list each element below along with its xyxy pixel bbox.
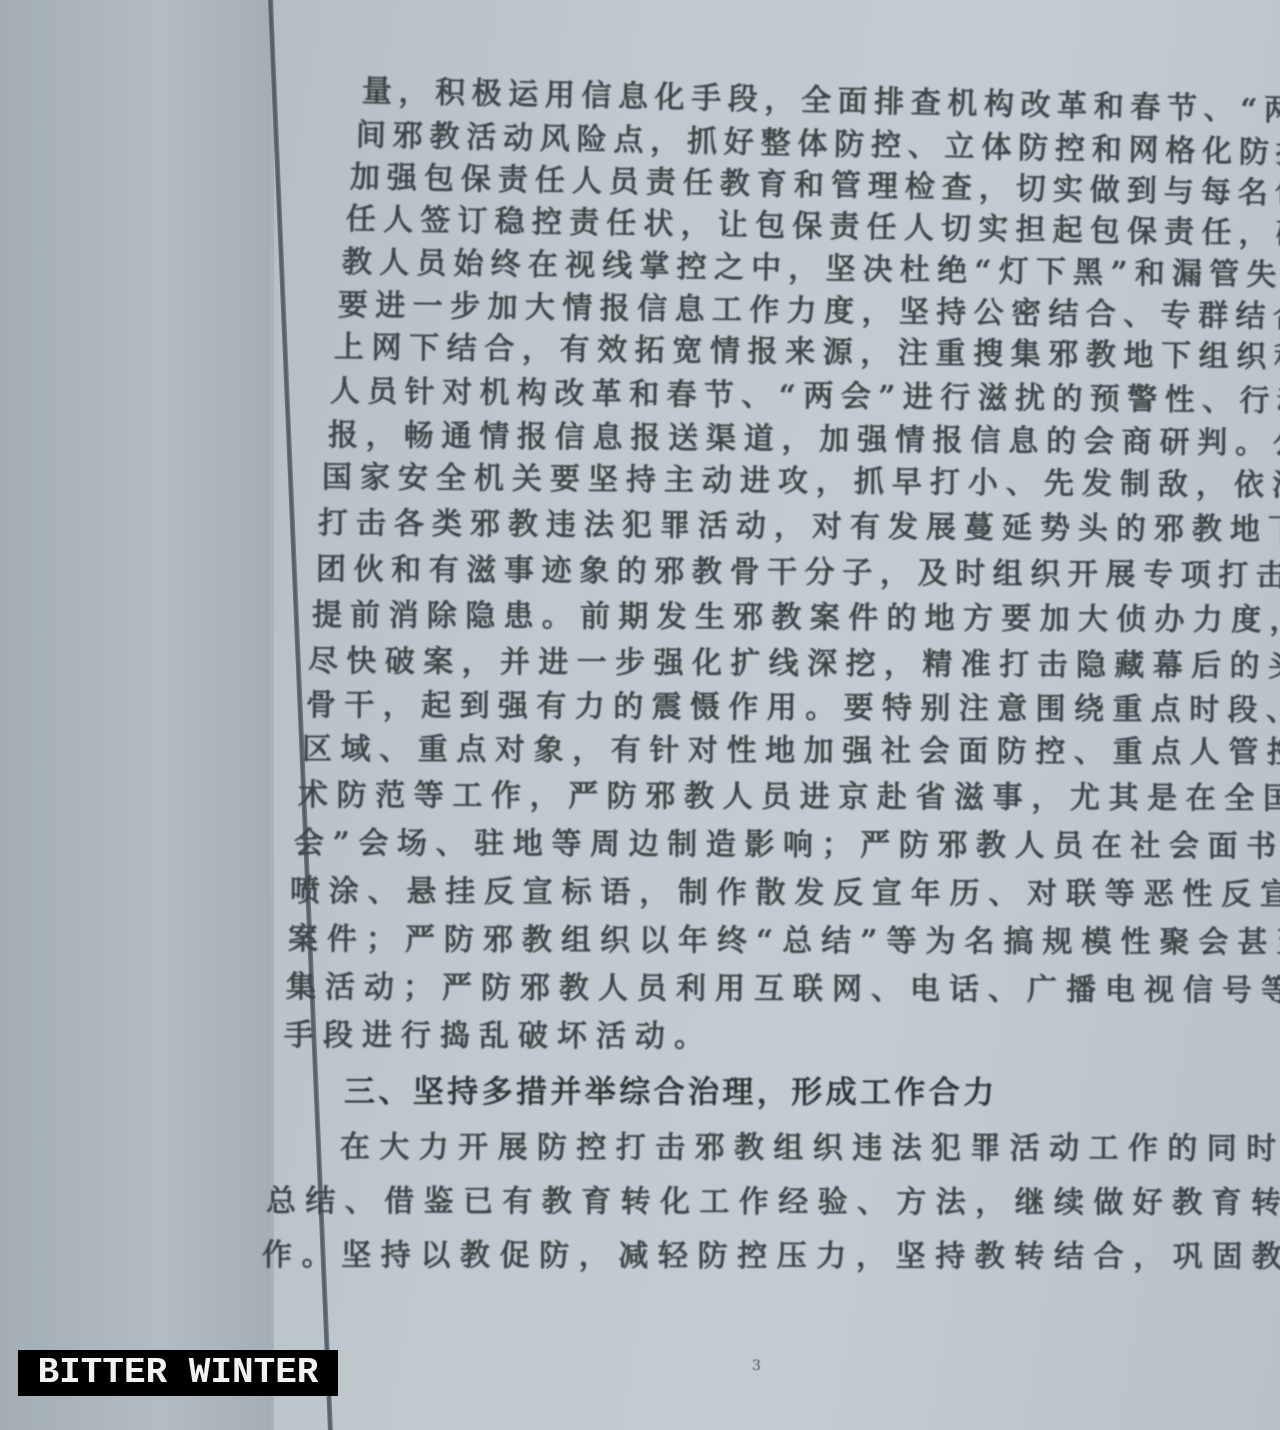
text-line: 提前消除隐患。前期发生邪教案件的地方要加大侦办力度，力争 (312, 590, 1280, 640)
section-heading: 三、坚持多措并举综合治理，形成工作合力 (344, 1066, 998, 1112)
text-line: 区域、重点对象，有针对性地加强社会面防控、重点人管控、技 (302, 724, 1280, 772)
page-number: 3 (752, 1358, 761, 1374)
document-text: 量，积极运用信息化手段，全面排查机构改革和春节、“两会”期 间邪教活动风险点，抓… (0, 0, 1280, 1430)
text-line: 手段进行捣乱破坏活动。 (284, 1010, 713, 1055)
text-line: 作。坚持以教促防，减轻防控压力，坚持教转结合，巩固教转效 (262, 1230, 1280, 1276)
bitter-winter-watermark: BITTER WINTER (18, 1350, 338, 1396)
text-line: 打击各类邪教违法犯罪活动，对有发展蔓延势头的邪教地下组织 (318, 498, 1280, 549)
text-line: 团伙和有滋事迹象的邪教骨干分子，及时组织开展专项打击行动， (316, 544, 1280, 596)
text-line: 集活动；严防邪教人员利用互联网、电话、广播电视信号等技术 (286, 962, 1280, 1010)
text-line: 术防范等工作，严防邪教人员进京赴省滋事，尤其是在全国“两 (298, 770, 1280, 818)
text-line: 尽快破案，并进一步强化扩线深挖，精准打击隐藏幕后的头目和 (308, 636, 1280, 686)
text-line: 国家安全机关要坚持主动进攻，抓早打小、先发制敌，依法严厉 (322, 452, 1280, 505)
text-line: 喷涂、悬挂反宣标语，制作散发反宣年历、对联等恶性反宣煽动 (290, 866, 1280, 914)
text-line: 在大力开展防控打击邪教组织违法犯罪活动工作的同时，要 (340, 1122, 1280, 1168)
text-line: 案件；严防邪教组织以年终“总结”等为名搞规模性聚会甚至聚 (288, 914, 1280, 962)
text-line: 骨干，起到强有力的震慑作用。要特别注意围绕重点时段、重点 (306, 680, 1280, 730)
text-line: 会”会场、驻地等周边制造影响；严防邪教人员在社会面书写、 (294, 818, 1280, 866)
text-line: 总结、借鉴已有教育转化工作经验、方法，继续做好教育转化工 (266, 1176, 1280, 1222)
